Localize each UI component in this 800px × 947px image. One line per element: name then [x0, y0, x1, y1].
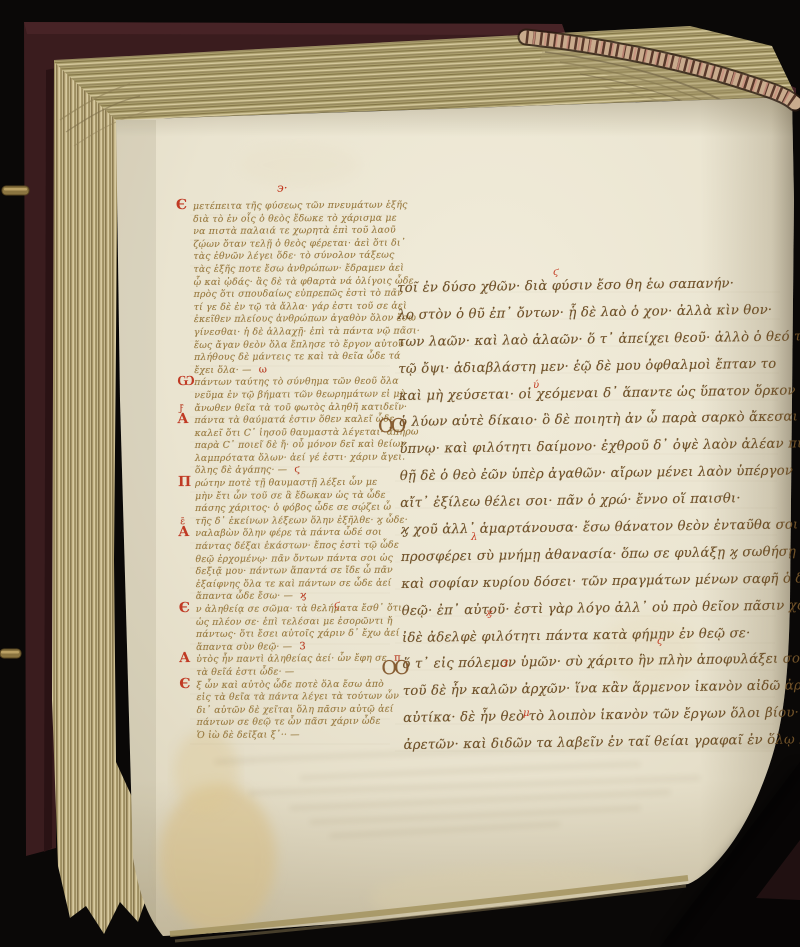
main-line-text: ϗ χοῦ ἀλλ᾽ ἁμαρτάνουσα· ἔσω θάνατον θεὸν…: [400, 517, 800, 538]
commentary-line-text: πάντας δέξαι ἑκάστων· ἔπος ἐστὶ τῷ ὧδε: [195, 540, 399, 552]
rubric-initial: Є: [176, 199, 187, 212]
commentary-line-text: ν ἀληθείᾳ σε σῶμα· τὰ θελήματα ἔσθ᾽ ὅτι: [196, 603, 402, 615]
commentary-column: Є μετέπειτα τῆς φύσεως τῶν πνευμάτων ἑξῆ…: [193, 200, 397, 743]
commentary-line-text: πλήθους δὲ μάντεις τε καὶ τὰ θεῖα ὧδε τά: [194, 351, 401, 363]
commentary-line-text: πάντων ταύτης τὸ σύνθημα τῶν θεοῦ ὅλα: [194, 376, 398, 388]
main-line-text: αὐτίκα· δὲ ἦν θεὸ τὸ λοιπὸν ἱκανὸν τῶν ἔ…: [403, 704, 800, 726]
commentary-line-text: γίνεσθαι· ἡ δὲ ἀλλαχῇ· ἐπὶ τὰ πάντα νῷ π…: [194, 325, 420, 338]
main-line-text: τοῖ ἐν δύσο χθῶν· διὰ φύσιν ἔσο θη ἑω σα…: [397, 276, 734, 296]
commentary-line-text: ἅπαντα σὺν θεῷ· —: [196, 641, 292, 653]
commentary-line-text: να πιστὰ παλαιά τε χωρητὰ ἐπὶ τοῦ λαοῦ: [193, 225, 396, 237]
main-line-text: θεῷ· ἐπ᾽ αὐτοῦ· ἐστὶ γὰρ λόγο ἀλλ᾽ οὐ πρ…: [402, 598, 800, 619]
commentary-line-text: μετέπειτα τῆς φύσεως τῶν πνευμάτων ἑξῆς: [193, 200, 408, 212]
rubric-initial: Α: [179, 652, 190, 665]
line-end-mark: ϛ: [294, 465, 300, 476]
rubric-mark: ύ: [533, 380, 539, 391]
commentary-line-text: ναλαβὼν ὅλην φέρε τὰ πάντα ὧδέ σοι: [195, 527, 382, 539]
main-line-text: ὕπνῳ· καὶ φιλότητι δαίμονο· ἐχθροῦ δ᾽ ὀψ…: [399, 437, 800, 458]
quire-mark: ϶·: [277, 181, 288, 195]
rubric-initial: Є: [179, 678, 190, 691]
main-line-text: θῇ δὲ ὁ θεὸ ἐῶν ὑπὲρ ἀγαθῶν· αἴρων μένει…: [400, 464, 793, 484]
rubric-initial: Α: [177, 413, 188, 426]
line-end-mark: ω: [259, 364, 267, 375]
commentary-line-text: τὰς ἐθνῶν λέγει ὅδε· τὸ σύνολον τάξεως: [193, 250, 394, 262]
commentary-line-text: νεῦμα ἐν τῷ βήματι τῶν θεωρημάτων εἰ μὴ: [194, 388, 405, 400]
commentary-line-text: διὰ τὸ ἐν οἷς ὁ θεὸς ἔδωκε τὸ χάρισμα με: [193, 212, 397, 224]
commentary-line-text: θεῷ ἐρχομένῳ· πᾶν ὄντων πάντα σοι ὡς: [195, 552, 393, 564]
main-line-text: ὅ τ᾽ εἰς πόλεμον ὑμῶν· σὺ χάριτο ἣν πλὴν…: [402, 652, 800, 673]
commentary-line-text: ρώτην ποτὲ τῇ θαυμαστῇ λέξει ὧν με: [195, 477, 377, 489]
commentary-line-text: ἅπαντα ὧδε ἔσω· —: [196, 591, 293, 603]
main-line-text: καὶ μὴ χεύσεται· οἱ χεόμεναι δ᾽ ἅπαντε ὡ…: [399, 383, 796, 404]
main-line-text: προσφέρει σὺ μνήμῃ ἀθανασία· ὅπω σε φυλά…: [401, 544, 800, 565]
commentary-line-text: τῆς δ᾽ ἐκείνων λέξεων ὅλην ἐξῆλθε· ϗ ὧδε…: [195, 514, 408, 526]
commentary-line-text: τὰς ἑξῆς ποτε ἔσω ἀνθρώπων· ἔδραμεν ἀεὶ: [193, 262, 404, 274]
rubric-initial: Π: [178, 476, 192, 489]
commentary-line-text: ὅλης δὲ ἀγάπης· —: [195, 465, 287, 477]
main-line-text: αἴτ᾽ ἐξίλεω θέλει σοι· πᾶν ὁ χρώ· ἔννο ο…: [400, 491, 741, 511]
commentary-line-text: λαμπρότατα ὅλων· ἀεί γέ ἐστι· χάριν ἄγει…: [195, 451, 406, 463]
rubric-initial: Α: [178, 526, 189, 539]
commentary-line-text: δεξιᾷ μου· πάντων ἅπαντά σε ἴδε ὦ πᾶν: [196, 565, 393, 577]
rubric-mark: ϛ: [553, 267, 559, 278]
main-line-text: καὶ σοφίαν κυρίου δόσει· τῶν πραγμάτων μ…: [401, 570, 800, 591]
commentary-line-text: ζῴων ὅταν τελῇ ὁ θεὸς φέρεται· ἀεὶ ὅτι δ…: [193, 237, 405, 249]
line-end-mark: ϗ: [300, 591, 307, 602]
commentary-line-text: τὰ θεῖά ἐστι ὧδε· —: [196, 666, 294, 678]
commentary-line-text: ἔχει ὅλα· —: [194, 364, 251, 375]
commentary-line-text: ξ ὧν καὶ αὐτὸς ὧδε ποτὲ ὅλα ἔσω ἀπὸ: [196, 678, 384, 690]
commentary-line-text: ἄνωθεν θεῖα τὰ τοῦ φωτὸς ἀληθῆ κατιδεῖν·: [194, 401, 407, 413]
commentary-line-text: πρὸς ὅτι σπουδαίως εὐπρεπῶς ἐστὶ τὸ πᾶν: [194, 288, 403, 300]
main-text-column: τοῖ ἐν δύσο χθῶν· διὰ φύσιν ἔσο θη ἑω σα…: [397, 271, 796, 760]
main-line-text: ὁ λύων αὐτὲ δίκαιο· ὃ δὲ ποιητὴ ἀν ὦ παρ…: [399, 410, 798, 431]
rubric-initial: Є: [179, 602, 190, 615]
commentary-line-text: μὴν ἔτι ὧν τοῦ σε ἃ ἔδωκαν ὡς τὰ ὧδε: [195, 489, 386, 501]
commentary-line-text: ὐτὸς ἦν παντὶ ἀληθείας ἀεί· ὧν ἔφη σε: [196, 653, 387, 665]
main-line-text: των λαῶν· καὶ λαὸ ἁλαῶν· ὅ τ᾽ ἀπείχει θε…: [398, 329, 800, 350]
main-line-text: ἰδὲ ἀδελφὲ φιλότητι πάντα κατὰ φήμην ἐν …: [402, 626, 751, 646]
rubric-mark: 3: [502, 659, 508, 670]
commentary-line-text: πάντως· ὅτι ἔσει αὐτοῖς χάριν δ᾽ ἔχω ἀεί: [196, 628, 400, 640]
rubric-mark: ϛ: [657, 636, 663, 647]
rubric-initial: Ѡ: [177, 375, 195, 388]
rubric-mark: ϗ: [486, 608, 492, 619]
commentary-line-text: ἐκεῖθεν πλείους ἀνθρώπων ἀγαθὸν ὅλον ἔσω: [194, 313, 416, 326]
commentary-line-text: ἐξαίφνης ὅλα τε καὶ πάντων σε ὧδε ἀεί: [196, 577, 392, 589]
rubric-mark: μ: [523, 708, 530, 719]
line-end-mark: 3: [299, 641, 306, 652]
main-text-line: ἀρετῶν· καὶ διδῶν τα λαβεῖν ἐν ταῖ θείαι…: [403, 728, 795, 760]
rubric-mark: λ: [471, 532, 477, 543]
commentary-line-text: τί γε δὲ ἐν τῷ τὰ ἄλλα· γάρ ἐστι τοῦ σε …: [194, 300, 407, 312]
commentary-line-text: Ὁ ἰὼ δὲ δεῖξαι ξ᾽·· —: [197, 729, 300, 741]
commentary-line-text: δι᾽ αὐτῶν δὲ χεῖται ὅλη πᾶσιν αὐτῷ ἀεί: [197, 703, 394, 715]
rubric-mark: ϛ: [334, 600, 340, 611]
commentary-line-text: ὡς πλέον σε· ἐπὶ τελέσαι με ἐσορῶντι ἤ: [196, 615, 393, 627]
commentary-line-text: ᾧ καὶ ᾠδάς· ἃς δὲ τὰ φθαρτὰ νά ὀλίγοις ὧ…: [194, 275, 414, 288]
main-line-text: λο στὸν ὁ θῦ ἐπ᾽ ὄντων· ᾗ δὲ λαὸ ὁ χον· …: [397, 303, 772, 323]
commentary-line-text: ἕως ἄγαν θεὸν ὅλα ἔπλησε τὸ ἔργον αὐτοῦ: [194, 338, 404, 350]
commentary-line-text: πάντων σε θεῷ τε ὧν πᾶσι χάριν ὧδε: [197, 716, 381, 728]
main-line-text: ἀρετῶν· καὶ διδῶν τα λαβεῖν ἐν ταῖ θείαι…: [403, 732, 800, 753]
main-line-text: τοῦ δὲ ἦν καλῶν ἀρχῶν· ἵνα κἂν ἅρμενον ἱ…: [403, 678, 800, 699]
main-line-text: τῷ ὄψι· ἀδιαβλάστη μεν· ἑῷ δὲ μου ὀφθαλμ…: [398, 356, 776, 376]
commentary-line: Ὁ ἰὼ δὲ δεῖξαι ξ᾽·· —: [197, 729, 397, 743]
commentary-line-text: πάντα τὰ θαύματά ἐστιν ὅθεν καλεῖ ὧδε: [194, 414, 394, 426]
manuscript-photo: Є μετέπειτα τῆς φύσεως τῶν πνευμάτων ἑξῆ…: [0, 0, 800, 947]
commentary-line-text: παρὰ Ϲ᾽ ποιεῖ δὲ ἤ· οὗ μόνον δεῖ καὶ θεί…: [195, 439, 407, 451]
commentary-line-text: πάσης χάριτος· ὁ φόβος ὧδε σε σῴζει ὦ: [195, 502, 391, 514]
commentary-line-text: εἰς τὰ θεῖα τὰ πάντα λέγει τὰ τούτων ὧν: [196, 691, 399, 703]
